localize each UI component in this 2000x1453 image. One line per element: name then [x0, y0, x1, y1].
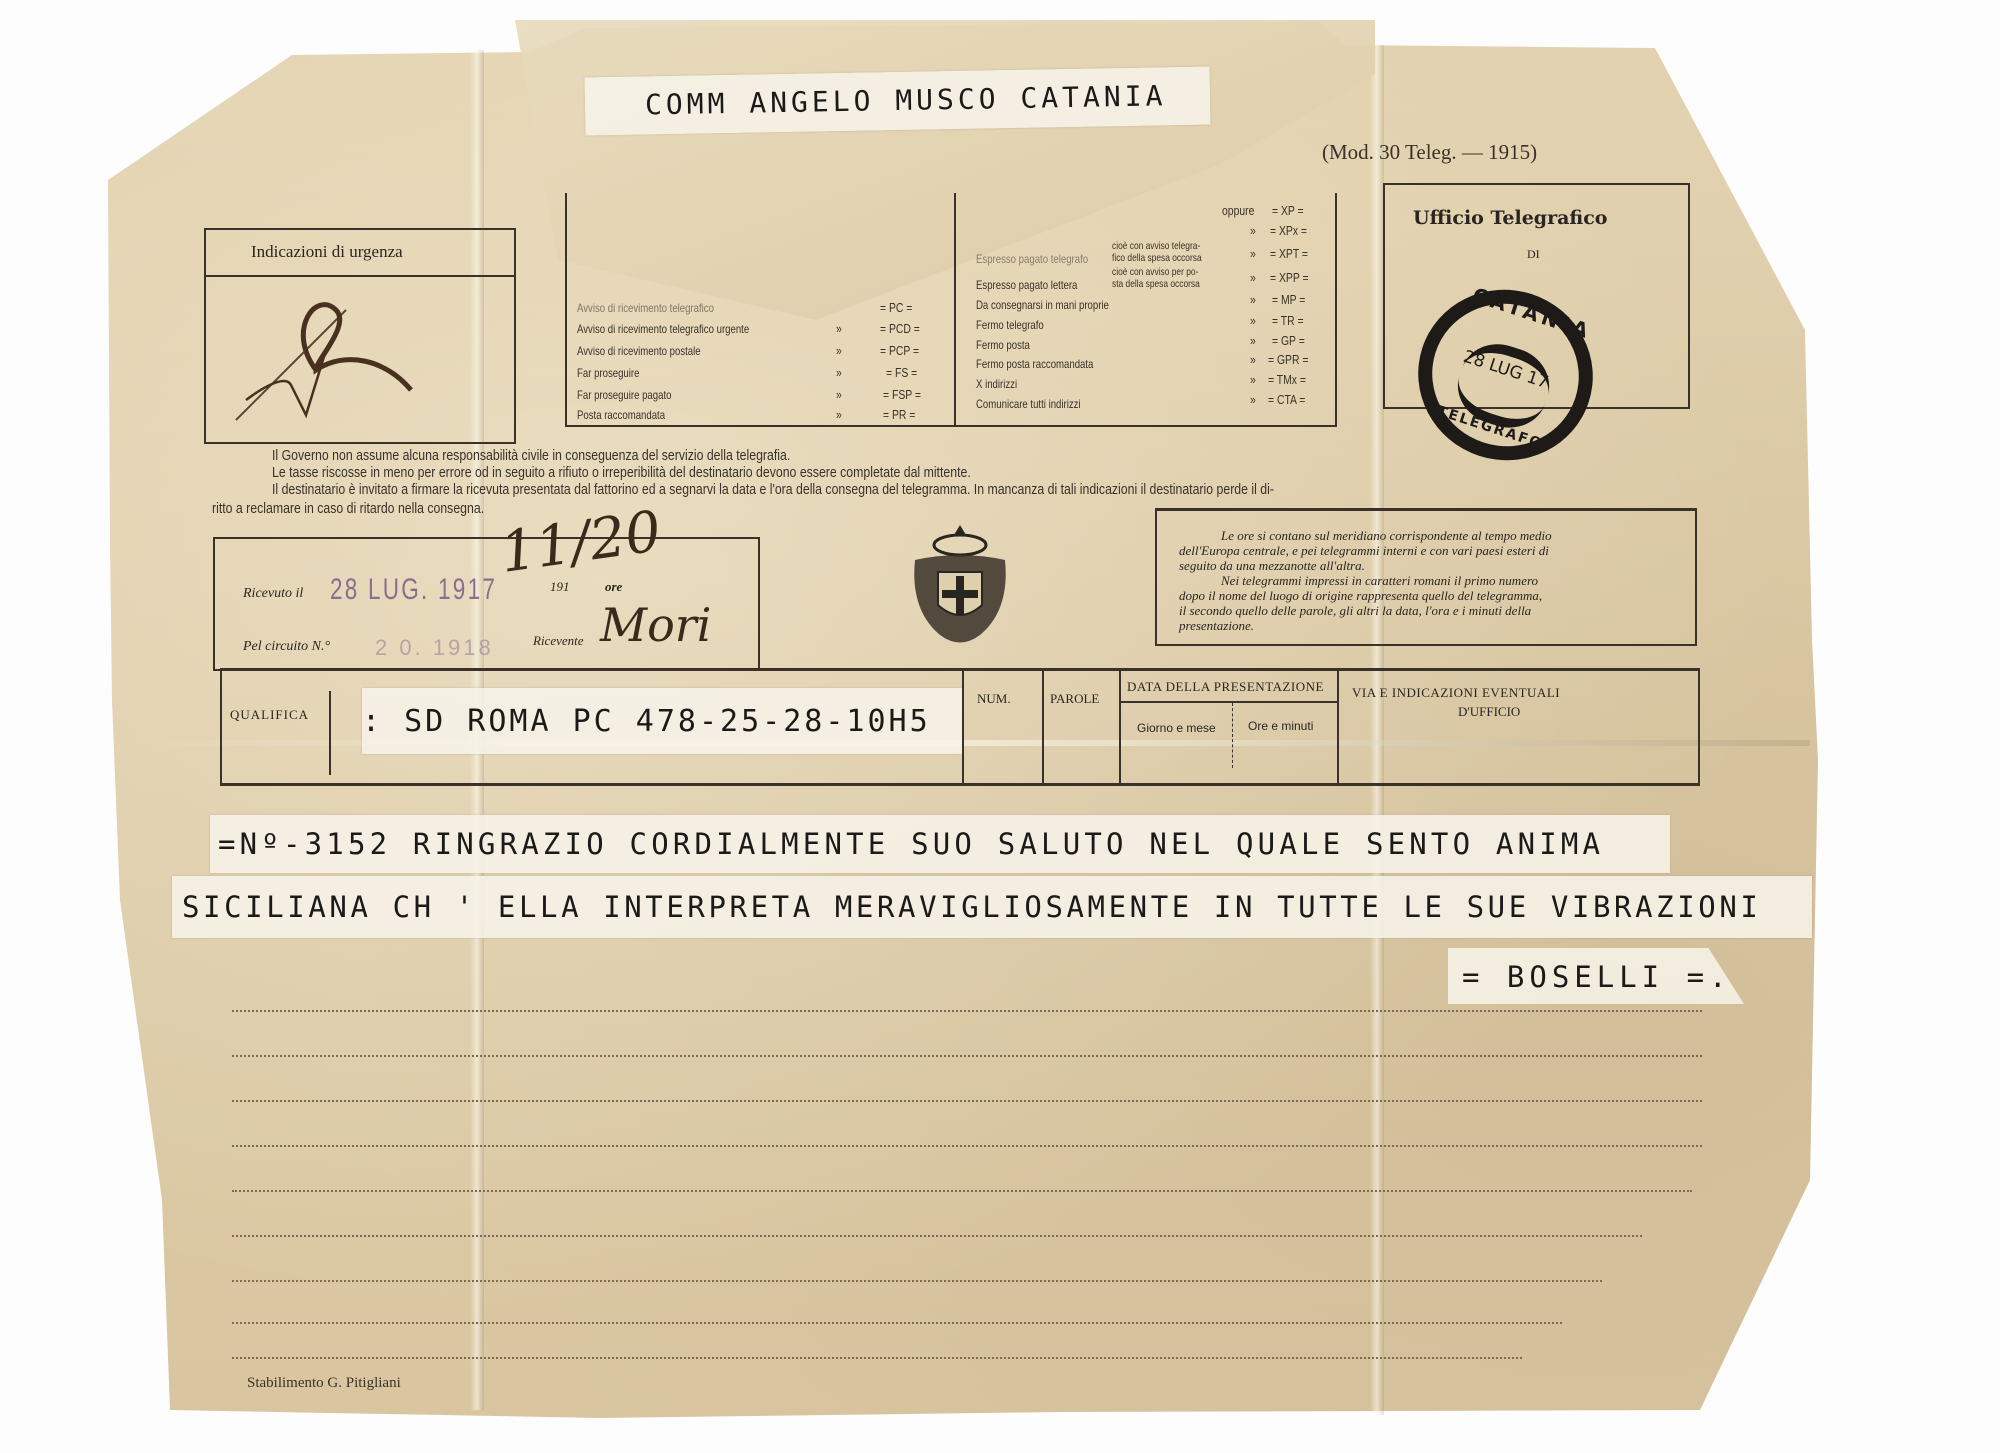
service-label: Fermo posta [976, 338, 1030, 352]
message-dotted-line [232, 1010, 1702, 1012]
sender-signature: = BOSELLI =. [1462, 960, 1732, 994]
service-mark: » [1250, 352, 1256, 367]
service-code: = XPT = [1270, 246, 1308, 261]
service-mark: » [1250, 372, 1256, 387]
service-mark: » [836, 321, 842, 336]
message-dotted-line [232, 1145, 1702, 1147]
num-divider [962, 671, 964, 783]
service-code: = PR = [883, 407, 915, 422]
time-notice-line: dopo il nome del luogo di origine rappre… [1179, 588, 1542, 604]
recipient-address: COMM ANGELO MUSCO CATANIA [645, 79, 1167, 121]
service-label: Posta raccomandata [577, 408, 665, 422]
circuit-stamp: 2 0. 1918 [375, 635, 494, 661]
service-label: Da consegnarsi in mani proprie [976, 298, 1109, 312]
message-dotted-line [232, 1322, 1562, 1324]
message-dotted-line [232, 1055, 1702, 1057]
service-note: cioè con avviso per po- [1112, 266, 1198, 278]
service-code: = PC = [880, 300, 912, 315]
data-divider [1119, 671, 1121, 783]
service-code: = PCD = [880, 321, 920, 336]
service-mark: » [836, 387, 842, 402]
parole-label: PAROLE [1050, 691, 1099, 707]
data-subdivider [1119, 701, 1337, 703]
message-dotted-line [232, 1235, 1642, 1237]
message-dotted-line [232, 1357, 1522, 1359]
service-label: Avviso di ricevimento telegrafico [577, 301, 714, 315]
service-mark: » [1250, 313, 1256, 328]
header-tape: : SD ROMA PC 478-25-28-10H5 [362, 688, 962, 754]
service-label: X indirizzi [976, 377, 1017, 391]
service-label: Fermo telegrafo [976, 318, 1044, 332]
ore-label: Ore e minuti [1248, 719, 1313, 733]
service-note: cioè con avviso telegra- [1112, 240, 1200, 252]
message-dotted-line [232, 1100, 1702, 1102]
service-mark: » [836, 365, 842, 380]
service-mark: » [1250, 270, 1256, 285]
time-notice-line: dell'Europa centrale, e pei telegrammi i… [1179, 543, 1549, 559]
message-dotted-line [232, 1190, 1692, 1192]
office-title: Ufficio Telegrafico [1413, 207, 1607, 229]
service-mark: » [1250, 333, 1256, 348]
message-line-2: SICILIANA CH ' ELLA INTERPRETA MERAVIGLI… [182, 890, 1761, 924]
service-label: Espresso pagato telegrafo [976, 252, 1088, 266]
qualifica-label: QUALIFICA [230, 707, 309, 723]
service-code: = MP = [1272, 292, 1305, 307]
circuit-label: Pel circuito N.° [243, 639, 330, 655]
time-notice-line: Le ore si contano sul meridiano corrispo… [1221, 528, 1552, 544]
service-code: = GPR = [1268, 352, 1308, 367]
service-label: Avviso di ricevimento telegrafico urgent… [577, 322, 749, 336]
via-label: VIA E INDICAZIONI EVENTUALI [1352, 685, 1560, 701]
service-mark: » [1250, 246, 1256, 261]
service-label: Far proseguire [577, 366, 639, 380]
service-note: sta della spesa occorsa [1112, 278, 1200, 290]
service-mark: » [836, 407, 842, 422]
service-mark: » [1250, 292, 1256, 307]
service-label: Fermo posta raccomandata [976, 357, 1093, 371]
service-code: = FSP = [883, 387, 921, 402]
service-code: = FS = [886, 365, 917, 380]
service-label: Comunicare tutti indirizzi [976, 397, 1081, 411]
service-mark: » [1250, 223, 1256, 238]
received-label: Ricevuto il [243, 586, 303, 602]
message-line-1: =Nº-3152 RINGRAZIO CORDIALMENTE SUO SALU… [218, 827, 1604, 861]
service-mark: oppure [1222, 203, 1254, 218]
hour-label: ore [605, 579, 622, 595]
service-code: = XPx = [1270, 223, 1307, 238]
service-code: = XPP = [1270, 270, 1309, 285]
parole-divider [1042, 671, 1044, 783]
transmission-header: : SD ROMA PC 478-25-28-10H5 [362, 704, 931, 739]
service-note: fico della spesa occorsa [1112, 252, 1202, 264]
service-mark: » [836, 343, 842, 358]
notice-line: Le tasse riscosse in meno per errore od … [272, 464, 971, 481]
year-label: 191 [550, 579, 570, 595]
service-code: = TMx = [1268, 372, 1306, 387]
ufficio-label: D'UFFICIO [1458, 704, 1520, 720]
service-code: = TR = [1272, 313, 1304, 328]
printer-credit: Stabilimento G. Pitigliani [247, 1375, 401, 1392]
service-mark: » [1250, 392, 1256, 407]
service-label: Espresso pagato lettera [976, 278, 1077, 292]
data-presentazione-label: DATA DELLA PRESENTAZIONE [1127, 679, 1324, 695]
time-notice-line: seguito da una mezzanotte all'altra. [1179, 558, 1365, 574]
received-date-stamp: 28 LUG. 1917 [330, 573, 497, 607]
receiver-label: Ricevente [533, 633, 584, 649]
time-notice-line: il secondo quello delle parole, gli altr… [1179, 603, 1531, 619]
services-column-divider [954, 193, 956, 425]
urgency-title: Indicazioni di urgenza [251, 242, 403, 262]
qualifica-divider [329, 691, 331, 775]
service-code: = PCP = [880, 343, 919, 358]
address-tape: COMM ANGELO MUSCO CATANIA [585, 67, 1211, 136]
message-dotted-line [232, 1280, 1602, 1282]
receiver-signature: Mori [600, 598, 712, 652]
urgency-divider [206, 275, 514, 277]
service-code: = CTA = [1268, 392, 1305, 407]
service-label: Avviso di ricevimento postale [577, 344, 701, 358]
notice-line: ritto a reclamare in caso di ritardo nel… [212, 500, 484, 517]
urgency-box: Indicazioni di urgenza [204, 228, 516, 444]
message-tape-line2: SICILIANA CH ' ELLA INTERPRETA MERAVIGLI… [172, 876, 1812, 938]
giorno-divider [1232, 703, 1233, 768]
coat-of-arms-icon [900, 520, 1020, 655]
message-tape-line1: =Nº-3152 RINGRAZIO CORDIALMENTE SUO SALU… [210, 815, 1670, 873]
signature-tape: = BOSELLI =. [1448, 948, 1744, 1004]
office-di-label: DI [1527, 247, 1540, 262]
giorno-label: Giorno e mese [1137, 721, 1216, 735]
service-code: = XP = [1272, 203, 1304, 218]
notice-line: Il destinatario è invitato a firmare la … [272, 481, 1274, 498]
via-divider [1337, 671, 1339, 783]
time-notice-box: Le ore si contano sul meridiano corrispo… [1155, 508, 1697, 646]
form-model-number: (Mod. 30 Teleg. — 1915) [1322, 140, 1537, 165]
handwritten-flourish-icon [226, 290, 426, 430]
num-label: NUM. [977, 691, 1011, 707]
time-notice-line: presentazione. [1179, 618, 1254, 634]
time-notice-line: Nei telegrammi impressi in caratteri rom… [1221, 573, 1538, 589]
service-code: = GP = [1272, 333, 1305, 348]
service-label: Far proseguire pagato [577, 388, 671, 402]
notice-line: Il Governo non assume alcuna responsabil… [272, 447, 790, 464]
